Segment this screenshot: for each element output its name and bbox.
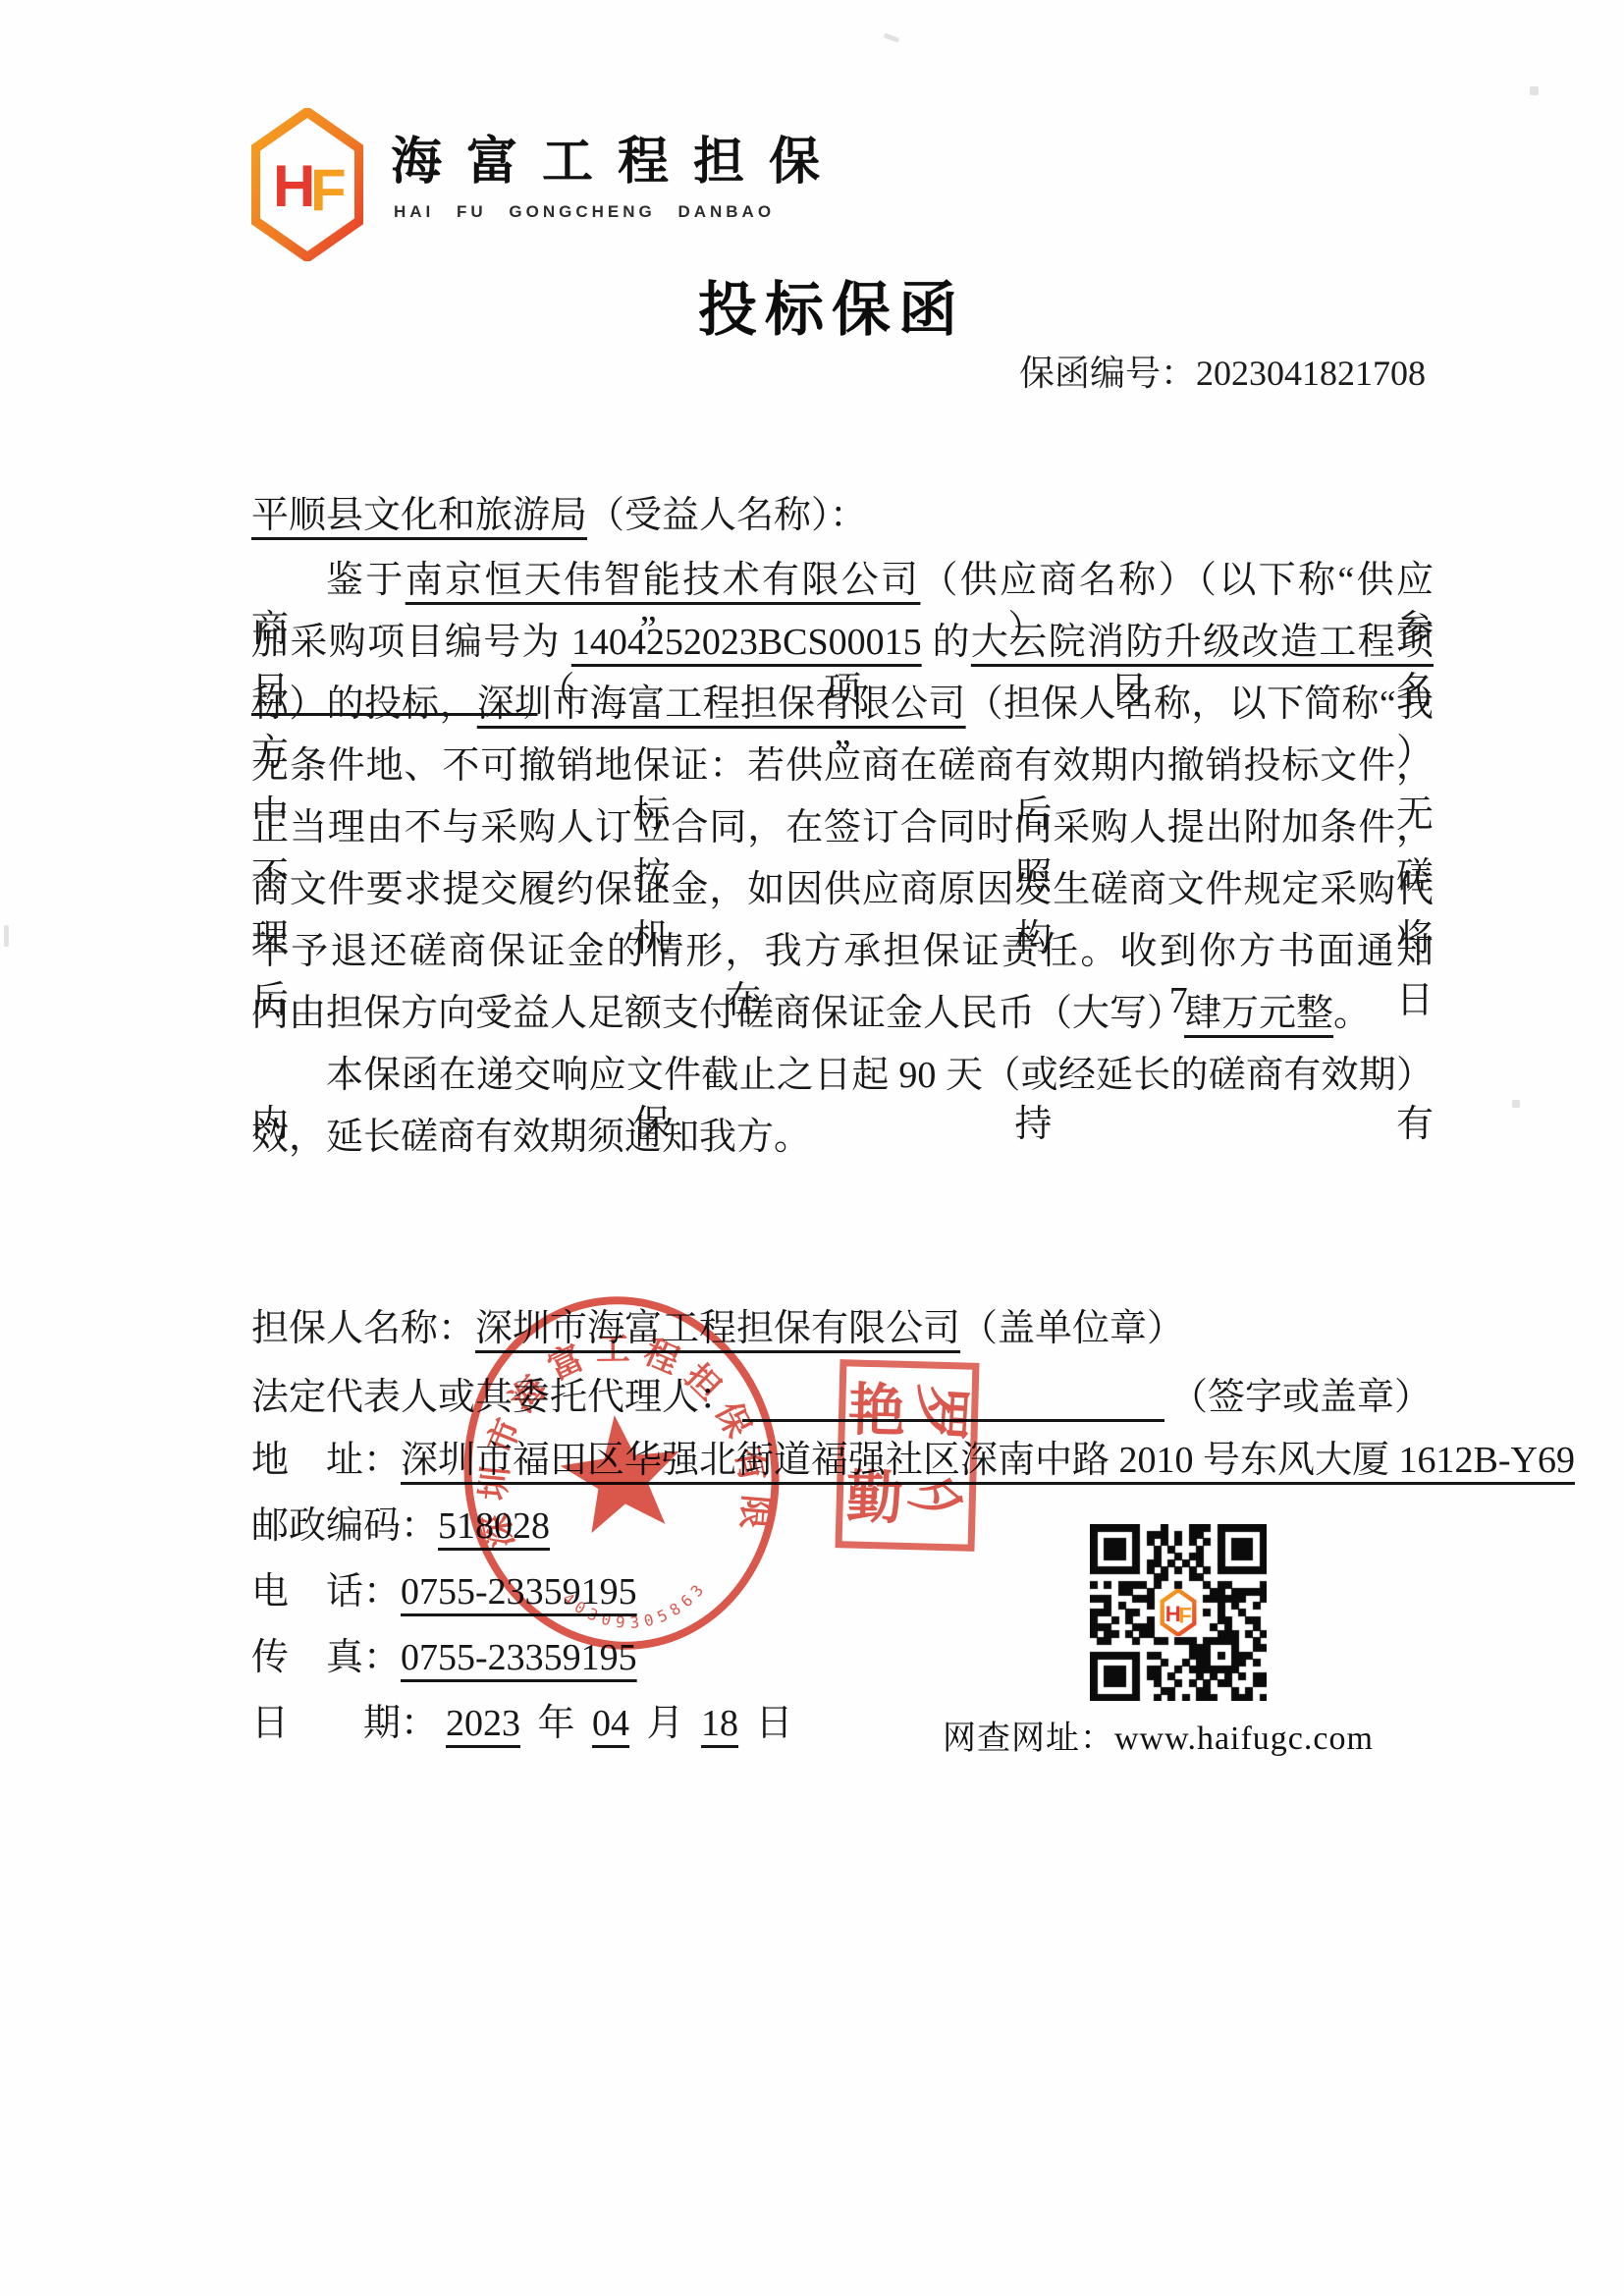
phone-label: 电 话：	[251, 1571, 401, 1613]
document-page: H F 海富工程担保 HAI FU GONGCHENG DANBAO 投标保函 …	[0, 0, 1624, 2296]
text-segment: 效，延长磋商有效期须通知我方。	[251, 1117, 811, 1158]
underlined-text: 1404252023BCS00015	[571, 622, 922, 663]
scan-artifact	[884, 32, 900, 42]
phone-row: 电 话：0755-23359195	[251, 1567, 1469, 1616]
date-month-unit: 月	[647, 1703, 684, 1744]
brand-pinyin: HAI FU GONGCHENG DANBAO	[394, 202, 904, 222]
body-line: 鉴于南京恒天伟智能技术有限公司（供应商名称）（以下称“供应商”）参	[251, 556, 1434, 618]
phone-value: 0755-23359195	[401, 1571, 637, 1613]
body-line: 商文件要求提交履约保证金，如因供应商原因发生磋商文件规定采购代理机构将	[251, 865, 1434, 927]
postcode-label: 邮政编码：	[251, 1505, 438, 1547]
fax-label: 传 真：	[251, 1637, 401, 1678]
doc-number-label: 保函编号：	[1019, 354, 1196, 393]
body-line: 不予退还磋商保证金的情形，我方承担保证责任。收到你方书面通知后，在 7 日	[251, 927, 1434, 989]
document-title: 投标保函	[0, 263, 1624, 348]
text-segment: 称）的投标，	[251, 683, 477, 725]
stamp-char: 勤	[845, 1469, 904, 1527]
date-year-unit: 年	[538, 1703, 575, 1744]
text-segment: 的	[922, 622, 971, 663]
salutation-suffix: （受益人名称）：	[587, 495, 867, 536]
body-line: 无条件地、不可撤销地保证：若供应商在磋商有效期内撤销投标文件，中标后无	[251, 741, 1434, 803]
doc-number: 保函编号：2023041821708	[1019, 346, 1426, 396]
qr-caption: 网查网址：www.haifugc.com	[943, 1711, 1335, 1759]
scan-artifact	[1530, 86, 1539, 95]
beneficiary-name: 平顺县文化和旅游局	[251, 495, 587, 536]
fax-value: 0755-23359195	[401, 1637, 637, 1678]
svg-text:F: F	[1178, 1603, 1192, 1627]
logo-letter-f: F	[310, 157, 347, 223]
body-line: 本保函在递交响应文件截止之日起 90 天（或经延长的磋商有效期）内保持有	[251, 1051, 1434, 1113]
date-label: 日 期：	[251, 1703, 438, 1744]
postcode-value: 518028	[438, 1505, 550, 1547]
name-stamp: 艳 罗 勤 夕	[836, 1359, 980, 1552]
body-line: 称）的投标，深圳市海富工程担保有限公司（担保人名称，以下简称“我方”）	[251, 680, 1434, 741]
guarantor-name-suffix: （盖单位章）	[960, 1308, 1184, 1349]
body-line: 内由担保方向受益人足额支付磋商保证金人民币（大写）肆万元整。	[251, 989, 1434, 1051]
brand-name: 海富工程担保	[391, 120, 901, 193]
guarantor-name-value: 深圳市海富工程担保有限公司	[475, 1308, 960, 1349]
underlined-text: 南京恒天伟智能技术有限公司	[406, 560, 921, 601]
salutation-line: 平顺县文化和旅游局（受益人名称）：	[251, 491, 1434, 553]
logo-letter-h: H	[273, 153, 315, 219]
scan-artifact	[4, 925, 9, 947]
text-segment: 。	[1333, 993, 1371, 1034]
legal-rep-label: 法定代表人或其委托代理人：	[251, 1377, 736, 1418]
date-year: 2023	[438, 1703, 528, 1744]
date-day-unit: 日	[756, 1703, 793, 1744]
stamp-char: 罗	[909, 1383, 969, 1443]
fax-row: 传 真：0755-23359195	[251, 1633, 1469, 1682]
scan-artifact	[1512, 1100, 1520, 1108]
body-line: 正当理由不与采购人订立合同，在签订合同时向采购人提出附加条件，不按照磋	[251, 803, 1434, 865]
stamp-char: 艳	[847, 1382, 906, 1440]
guarantor-name-row: 担保人名称：深圳市海富工程担保有限公司（盖单位章）	[251, 1304, 1469, 1353]
qr-center-logo-icon: H F	[1157, 1589, 1200, 1636]
stamp-char: 夕	[903, 1465, 972, 1534]
text-segment: 加采购项目编号为	[251, 622, 571, 663]
legal-rep-suffix: （签字或盖章）	[1170, 1377, 1432, 1418]
text-segment: 鉴于	[326, 560, 406, 601]
underlined-text: 深圳市海富工程担保有限公司	[477, 683, 966, 725]
date-day: 18	[693, 1703, 746, 1744]
doc-number-value: 2023041821708	[1196, 354, 1426, 393]
company-logo-icon: H F	[251, 108, 363, 261]
text-segment: 内由担保方向受益人足额支付磋商保证金人民币（大写）	[251, 993, 1184, 1034]
guarantor-name-label: 担保人名称：	[251, 1308, 475, 1349]
address-value: 深圳市福田区华强北街道福强社区深南中路 2010 号东风大厦 1612B-Y69	[401, 1440, 1575, 1481]
body-line: 效，延长磋商有效期须通知我方。	[251, 1113, 1434, 1175]
date-month: 04	[584, 1703, 637, 1744]
underlined-text: 肆万元整	[1184, 993, 1333, 1034]
body-line: 加采购项目编号为 1404252023BCS00015 的大云院消防升级改造工程…	[251, 618, 1434, 680]
address-label: 地 址：	[251, 1440, 401, 1481]
